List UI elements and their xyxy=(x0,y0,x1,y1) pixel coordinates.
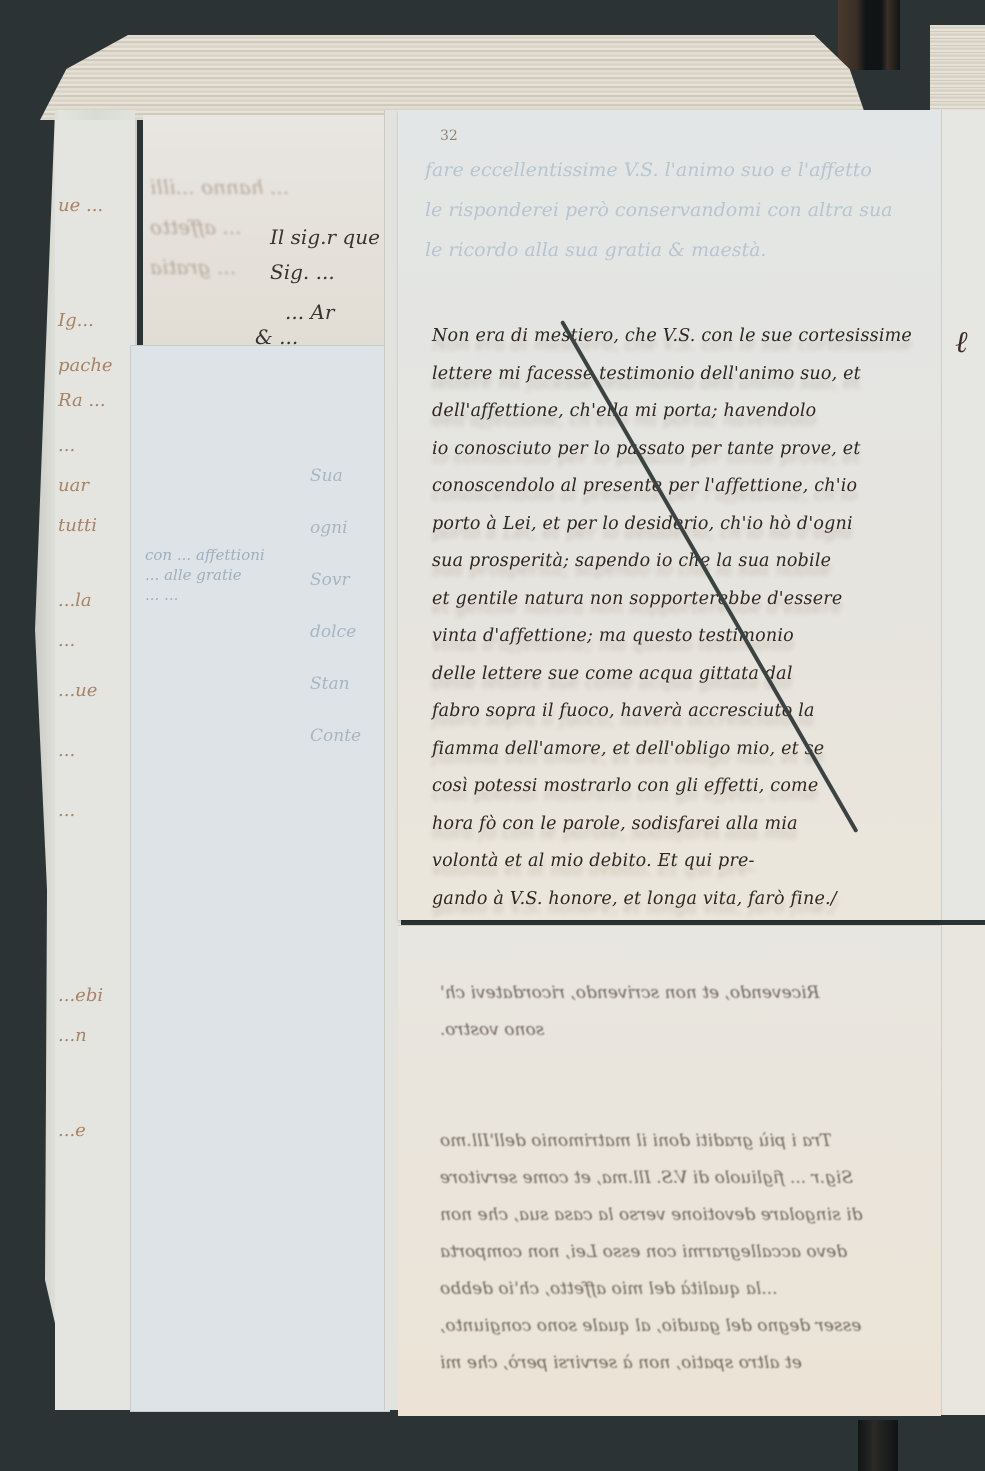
mirrored-line: devo accallegrarmi con esso Lei, non com… xyxy=(440,1234,920,1271)
page-stack-edges xyxy=(40,35,920,120)
note-bleed-line: ... gratia xyxy=(150,250,236,284)
note-bleed-line: ... affetto xyxy=(150,210,241,244)
margin-fragment: ue ... xyxy=(58,195,103,216)
note-bleed-line: ... hanno ...illi xyxy=(150,170,289,204)
slip-column-word: Sua xyxy=(310,450,361,502)
ghost-line: fare eccellentissime V.S. l'animo suo e … xyxy=(425,150,925,190)
mirrored-line xyxy=(440,1049,920,1086)
letter-line: dell'affettione, ch'ella mi porta; haven… xyxy=(432,393,937,431)
letter-line: vinta d'affettione; ma questo testimonio xyxy=(432,618,937,656)
slip-line: ... alle gratie xyxy=(145,565,265,585)
slip-faint-column: Sua ogni Sovr dolce Stan Conte xyxy=(310,450,361,762)
slip-column-word: ogni xyxy=(310,502,361,554)
lower-leaf-mirrored-text: Ricevendo, et non scrivendo, ricordatevi… xyxy=(440,975,920,1382)
ghost-line: le ricordo alla sua gratia & maestà. xyxy=(425,230,925,270)
margin-fragment: ...la xyxy=(58,590,92,611)
mirrored-line: Tra i più graditi doni il matrimonio del… xyxy=(440,1123,920,1160)
letter-line: et gentile natura non sopporterebbe d'es… xyxy=(432,581,937,619)
right-leaf-flourish: ℓ xyxy=(955,325,968,360)
mirrored-line xyxy=(440,1086,920,1123)
letter-line: conoscendolo al presente per l'affettion… xyxy=(432,468,937,506)
slip-line: con ... affettioni xyxy=(145,545,265,565)
margin-fragment: uar xyxy=(58,475,89,496)
slip-column-word: dolce xyxy=(310,606,361,658)
binding-post-bottom xyxy=(858,1420,898,1471)
mirrored-line: sono vostro. xyxy=(440,1012,920,1049)
letter-line: io conosciuto per lo passato per tante p… xyxy=(432,431,937,469)
mirrored-line: Ricevendo, et non scrivendo, ricordatevi… xyxy=(440,975,920,1012)
margin-fragment: ... xyxy=(58,800,75,821)
right-adjacent-leaf-lower xyxy=(941,925,985,1415)
mirrored-line: ...la qualità del mio affetto, ch'io deb… xyxy=(440,1271,920,1308)
ghost-text-bleedthrough: fare eccellentissime V.S. l'animo suo e … xyxy=(425,150,925,270)
page-stack-edges-right xyxy=(930,25,985,110)
note-line: Sig. ... xyxy=(270,255,335,289)
note-line: Il sig.r que xyxy=(270,220,380,254)
margin-fragment: pache xyxy=(58,355,113,376)
slip-column-word: Stan xyxy=(310,658,361,710)
margin-fragment: ...ebi xyxy=(58,985,103,1006)
ghost-line: le risponderei però conservandomi con al… xyxy=(425,190,925,230)
letter-line: delle lettere sue come acqua gittata dal xyxy=(432,656,937,694)
letter-line: sua prosperità; sapendo io che la sua no… xyxy=(432,543,937,581)
mirrored-line: et altro spatio, non à servirsi però, ch… xyxy=(440,1345,920,1382)
mirrored-line: di singolare devotione verso la casa sua… xyxy=(440,1197,920,1234)
slip-column-word: Conte xyxy=(310,710,361,762)
folio-number: 32 xyxy=(440,128,458,144)
letter-line: così potessi mostrarlo con gli effetti, … xyxy=(432,768,937,806)
right-adjacent-leaf xyxy=(941,110,985,920)
mirrored-line: Sig.r ... figliuolo di V.S. Ill.ma, et c… xyxy=(440,1160,920,1197)
letter-line: lettere mi facesse testimonio dell'animo… xyxy=(432,356,937,394)
mirrored-line: esser degno del gaudio, al quale sono co… xyxy=(440,1308,920,1345)
letter-line: fiamma dell'amore, et dell'obligo mio, e… xyxy=(432,731,937,769)
letter-line: volontà et al mio debito. Et qui pre- xyxy=(432,843,937,881)
margin-fragment: Ig... xyxy=(58,310,94,331)
margin-fragment: Ra ... xyxy=(58,390,106,411)
slip-line: ... ... xyxy=(145,585,265,605)
margin-fragment: ...e xyxy=(58,1120,86,1141)
margin-fragment: ... xyxy=(58,740,75,761)
margin-fragment: tutti xyxy=(58,515,97,536)
letter-body: Non era di mestiero, che V.S. con le sue… xyxy=(432,318,937,918)
slip-column-word: Sovr xyxy=(310,554,361,606)
letter-line: fabro sopra il fuoco, haverà accresciuto… xyxy=(432,693,937,731)
margin-fragment: ...n xyxy=(58,1025,87,1046)
binding-post-top xyxy=(838,0,900,70)
margin-fragment: ... xyxy=(58,435,75,456)
margin-fragment: ...ue xyxy=(58,680,97,701)
margin-fragment: ... xyxy=(58,630,75,651)
letter-line: Non era di mestiero, che V.S. con le sue… xyxy=(432,318,937,356)
letter-line: hora fò con le parole, sodisfarei alla m… xyxy=(432,806,937,844)
slip-faint-text: con ... affettioni ... alle gratie ... .… xyxy=(145,545,265,605)
letter-line: gando à V.S. honore, et longa vita, farò… xyxy=(432,881,937,919)
